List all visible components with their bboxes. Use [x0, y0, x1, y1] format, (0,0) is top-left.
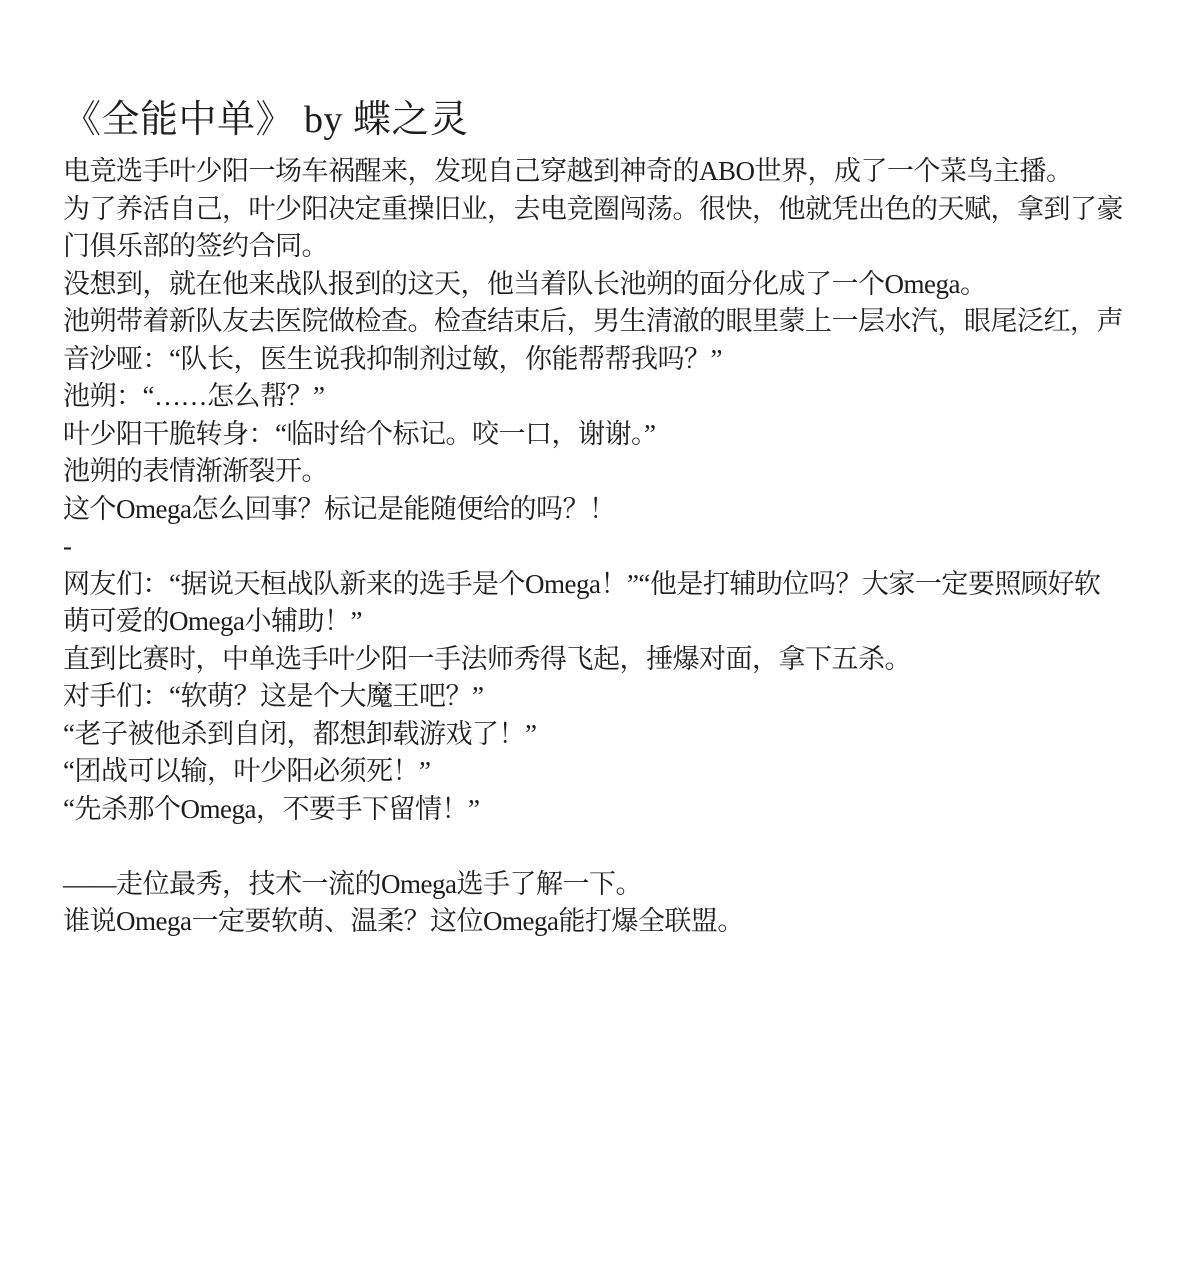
story-line: ——走位最秀，技术一流的Omega选手了解一下。: [63, 866, 1125, 904]
story-line: 对手们：“软萌？这是个大魔王吧？”: [63, 678, 1125, 716]
story-line: 音沙哑：“队长，医生说我抑制剂过敏，你能帮帮我吗？”: [63, 341, 1125, 379]
story-title: 《全能中单》 by 蝶之灵: [63, 96, 1125, 144]
story-line: “老子被他杀到自闭，都想卸载游戏了！”: [63, 716, 1125, 754]
story-line: “先杀那个Omega，不要手下留情！”: [63, 791, 1125, 829]
story-line: 这个Omega怎么回事？标记是能随便给的吗？！: [63, 491, 1125, 529]
story-line: 没想到，就在他来战队报到的这天，他当着队长池朔的面分化成了一个Omega。: [63, 266, 1125, 304]
document-page: 《全能中单》 by 蝶之灵 电竞选手叶少阳一场车祸醒来，发现自己穿越到神奇的AB…: [0, 0, 1178, 1280]
story-line: 电竞选手叶少阳一场车祸醒来，发现自己穿越到神奇的ABO世界，成了一个菜鸟主播。: [63, 153, 1125, 191]
story-line: 网友们：“据说天桓战队新来的选手是个Omega！”“他是打辅助位吗？大家一定要照…: [63, 566, 1125, 604]
story-line: 池朔：“……怎么帮？”: [63, 378, 1125, 416]
story-line: 池朔带着新队友去医院做检查。检查结束后，男生清澈的眼里蒙上一层水汽，眼尾泛红，声: [63, 303, 1125, 341]
story-line: -: [63, 528, 1125, 566]
story-line: 谁说Omega一定要软萌、温柔？这位Omega能打爆全联盟。: [63, 903, 1125, 941]
story-line: [63, 828, 1125, 866]
story-line: 萌可爱的Omega小辅助！”: [63, 603, 1125, 641]
story-blurb: 《全能中单》 by 蝶之灵 电竞选手叶少阳一场车祸醒来，发现自己穿越到神奇的AB…: [63, 96, 1125, 941]
story-body: 电竞选手叶少阳一场车祸醒来，发现自己穿越到神奇的ABO世界，成了一个菜鸟主播。为…: [63, 153, 1125, 941]
story-line: “团战可以输，叶少阳必须死！”: [63, 753, 1125, 791]
story-line: 门俱乐部的签约合同。: [63, 228, 1125, 266]
story-line: 为了养活自己，叶少阳决定重操旧业，去电竞圈闯荡。很快，他就凭出色的天赋，拿到了豪: [63, 191, 1125, 229]
story-line: 直到比赛时，中单选手叶少阳一手法师秀得飞起，捶爆对面，拿下五杀。: [63, 641, 1125, 679]
story-line: 池朔的表情渐渐裂开。: [63, 453, 1125, 491]
story-line: 叶少阳干脆转身：“临时给个标记。咬一口，谢谢。”: [63, 416, 1125, 454]
